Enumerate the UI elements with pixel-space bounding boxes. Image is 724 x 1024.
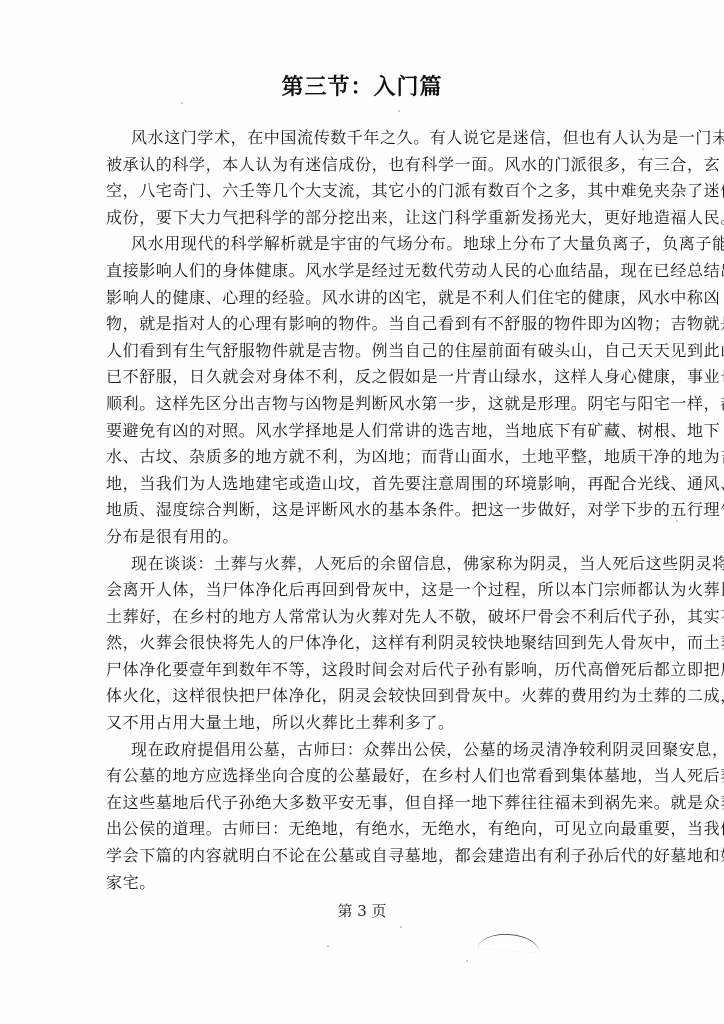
text-line: 在这些墓地后代子孙绝大多数平安无事，但自择一地下葬往往福未到祸先来。就是众葬 — [106, 790, 629, 817]
text-line: 人们看到有生气舒服物件就是吉物。例当自己的住屋前面有破头山，自己天天见到此山 — [106, 338, 629, 365]
text-line: 地质、湿度综合判断，这是评断风水的基本条件。把这一步做好，对学下步的五行理气 — [106, 497, 629, 524]
scan-speck — [466, 960, 468, 962]
text-line: 地，当我们为人选地建宅或造山坟，首先要注意周围的环境影响，再配合光线、通风、 — [106, 471, 629, 498]
body-text: 风水这门学术，在中国流传数千年之久。有人说它是迷信，但也有人认为是一门未被承认的… — [106, 125, 629, 896]
text-line: 有公墓的地方应选择坐向合度的公墓最好，在乡村人们也常看到集体墓地，当人死后葬 — [106, 763, 629, 790]
text-line: 会离开人体，当尸体净化后再回到骨灰中，这是一个过程，所以本门宗师都认为火葬比 — [106, 577, 629, 604]
text-line: 尸体净化要壹年到数年不等，这段时间会对后代子孙有影响，历代高僧死后都立即把尸 — [106, 657, 629, 684]
scanned-page: 第三节：入门篇 风水这门学术，在中国流传数千年之久。有人说它是迷信，但也有人认为… — [0, 0, 724, 1024]
text-line: 成份，要下大力气把科学的部分挖出来，让这门科学重新发扬光大，更好地造福人民。 — [106, 205, 629, 232]
pen-mark — [477, 932, 540, 953]
text-line: 物，就是指对人的心理有影响的物件。当自己看到有不舒服的物件即为凶物；吉物就是 — [106, 311, 629, 338]
text-line: 家宅。 — [106, 870, 629, 897]
text-line: 直接影响人们的身体健康。风水学是经过无数代劳动人民的心血结晶，现在已经总结出 — [106, 258, 629, 285]
scan-speck — [398, 110, 400, 112]
text-line: 风水用现代的科学解析就是宇宙的气场分布。地球上分布了大量负离子，负离子能 — [106, 231, 629, 258]
text-line: 水、古坟、杂质多的地方就不利，为凶地；而背山面水，土地平整，地质干净的地为吉 — [106, 444, 629, 471]
section-title: 第三节：入门篇 — [0, 70, 724, 101]
text-line: 又不用占用大量土地，所以火葬比土葬利多了。 — [106, 710, 629, 737]
scan-speck — [181, 102, 183, 104]
text-line: 风水这门学术，在中国流传数千年之久。有人说它是迷信，但也有人认为是一门未 — [106, 125, 629, 152]
text-line: 分布是很有用的。 — [106, 524, 629, 551]
text-line: 现在谈谈：土葬与火葬，人死后的余留信息，佛家称为阴灵，当人死后这些阴灵将 — [106, 551, 629, 578]
text-line: 出公侯的道理。古师曰：无绝地，有绝水，无绝水，有绝向，可见立向最重要，当我们 — [106, 816, 629, 843]
scan-speck — [676, 520, 678, 522]
text-line: 现在政府提倡用公墓，古师曰：众葬出公侯，公墓的场灵清净较利阴灵回聚安息， — [106, 737, 629, 764]
text-line: 土葬好，在乡村的地方人常常认为火葬对先人不敬，破坏尸骨会不利后代子孙，其实不 — [106, 604, 629, 631]
text-line: 要避免有凶的对照。风水学择地是人们常讲的选吉地，当地底下有矿藏、树根、地下 — [106, 418, 629, 445]
text-line: 顺利。这样先区分出吉物与凶物是判断风水第一步，这就是形理。阴宅与阳宅一样，都 — [106, 391, 629, 418]
text-line: 空，八宅奇门、六壬等几个大支流，其它小的门派有数百个之多，其中难免夹杂了迷信 — [106, 178, 629, 205]
scan-speck — [400, 926, 402, 928]
scan-speck — [655, 560, 657, 562]
scan-speck — [642, 148, 644, 150]
text-line: 体火化，这样很快把尸体净化，阴灵会较快回到骨灰中。火葬的费用约为土葬的二成， — [106, 683, 629, 710]
text-line: 被承认的科学，本人认为有迷信成份，也有科学一面。风水的门派很多，有三合，玄 — [106, 152, 629, 179]
scan-speck — [327, 945, 329, 947]
text-line: 学会下篇的内容就明白不论在公墓或自寻墓地，都会建造出有利子孙后代的好墓地和好 — [106, 843, 629, 870]
text-line: 已不舒服，日久就会对身体不利，反之假如是一片青山绿水，这样人身心健康，事业也 — [106, 364, 629, 391]
text-line: 影响人的健康、心理的经验。风水讲的凶宅，就是不利人们住宅的健康，风水中称凶 — [106, 285, 629, 312]
page-number: 第 3 页 — [0, 900, 724, 921]
text-line: 然，火葬会很快将先人的尸体净化，这样有利阴灵较快地聚结回到先人骨灰中，而土葬 — [106, 630, 629, 657]
